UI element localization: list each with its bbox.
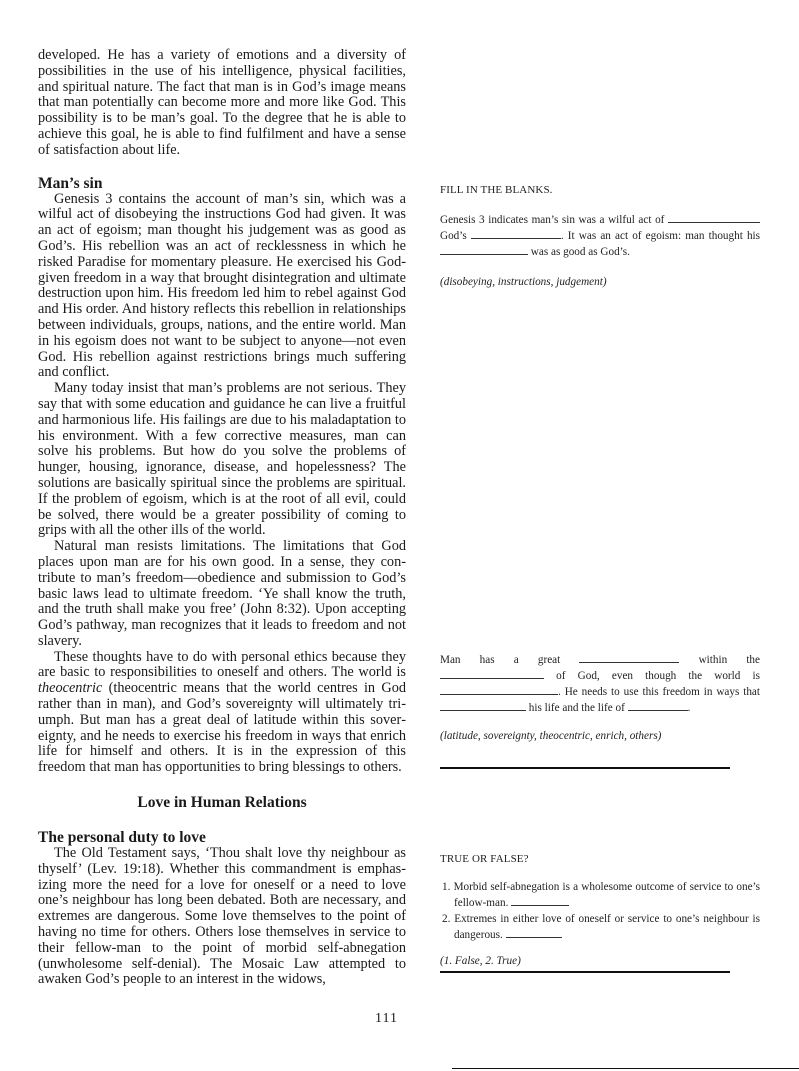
answer-key: (disobeying, instructions, judgement) [440,274,760,290]
text: God’s [440,230,471,242]
true-false-exercise: TRUE OR FALSE? 1. Morbid self-abnegation… [440,851,760,969]
text: Man has a great [440,654,579,666]
question-text: Morbid self-abnegation is a wholesome ou… [454,881,760,909]
text: within the [679,654,760,666]
blank-field[interactable] [440,684,558,695]
page-number: 111 [375,1011,398,1027]
blank-field[interactable] [668,212,760,223]
fill-in-blanks-exercise-1: FILL IN THE BLANKS. Genesis 3 indicates … [440,182,760,290]
answer-key: (latitude, sovereignty, theocentric, enr… [440,728,760,744]
text: . It was an act of egoism: man thought h… [561,230,760,242]
blank-field[interactable] [440,700,526,711]
fill-in-blanks-exercise-2: Man has a great within the of God, even … [440,652,760,744]
exercise-text: Man has a great within the of God, even … [440,652,760,716]
answer-blank[interactable] [511,895,569,906]
question-number: 2. [442,913,450,925]
blank-field[interactable] [440,668,544,679]
blank-field[interactable] [440,244,528,255]
exercise-label: FILL IN THE BLANKS. [440,182,760,198]
paragraph: Many today insist that man’s problems ar… [38,381,406,539]
section-heading-personal-duty: The personal duty to love [38,829,406,846]
divider-rule [440,767,730,769]
question-text: Extremes in either love of oneself or se… [454,913,760,941]
question-item: 1. Morbid self-abnegation is a wholesome… [440,879,760,911]
blank-field[interactable] [471,228,561,239]
text: Genesis 3 indicates man’s sin was a wilf… [440,214,668,226]
paragraph-theocentric: These thoughts have to do with personal … [38,650,406,776]
answer-blank[interactable] [506,927,562,938]
blank-field[interactable] [628,700,688,711]
text: of God, even though the world is [544,670,760,682]
question-list: 1. Morbid self-abnegation is a wholesome… [440,879,760,943]
text: was as good as God’s. [528,246,630,258]
main-text-column: developed. He has a variety of emotions … [38,48,406,988]
divider-rule [440,971,730,973]
exercise-label: TRUE OR FALSE? [440,851,760,867]
exercise-text: Genesis 3 indicates man’s sin was a wilf… [440,212,760,260]
blank-field[interactable] [579,652,679,663]
paragraph: Genesis 3 contains the account of man’s … [38,192,406,382]
italic-term: theocentric [38,680,102,696]
bottom-edge-rule [452,1068,799,1069]
chapter-heading: Love in Human Relations [38,794,406,811]
section-heading-mans-sin: Man’s sin [38,175,406,192]
intro-paragraph: developed. He has a variety of emotions … [38,48,406,159]
answer-key: (1. False, 2. True) [440,953,760,969]
paragraph: The Old Testament says, ‘Thou shalt love… [38,846,406,988]
question-number: 1. [442,881,450,893]
text: . [688,702,691,714]
text: . He needs to use this freedom in ways t… [558,686,760,698]
paragraph: Natural man resists limitations. The lim… [38,539,406,650]
question-item: 2. Extremes in either love of oneself or… [440,911,760,943]
text: These thoughts have to do with personal … [38,649,406,681]
text: his life and the life of [526,702,628,714]
